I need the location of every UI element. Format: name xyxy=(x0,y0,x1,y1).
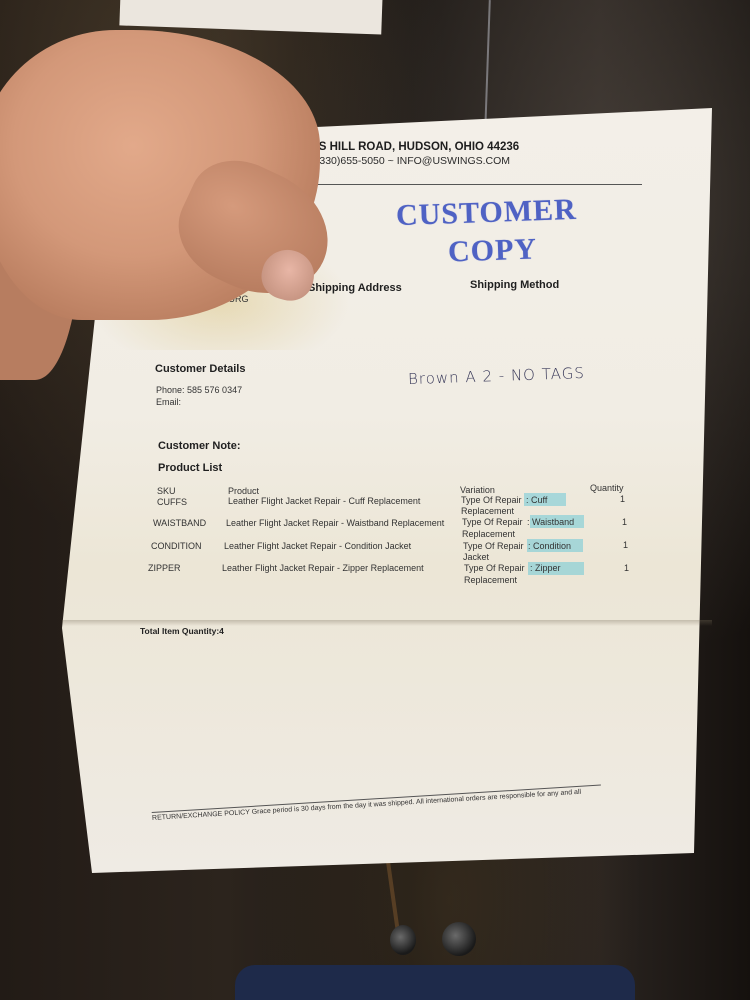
row-variation-value: : Waistband xyxy=(527,517,574,527)
total-item-quantity: Total Item Quantity:4 xyxy=(140,626,224,636)
row-variation-cont: Replacement xyxy=(462,529,515,539)
snap-button xyxy=(390,925,416,955)
row-product: Leather Flight Jacket Repair - Condition… xyxy=(224,541,411,551)
column-sku: SKU xyxy=(157,486,176,496)
row-variation-label: Type Of Repair xyxy=(461,495,522,505)
row-variation-label: Type Of Repair xyxy=(464,563,525,573)
row-quantity: 1 xyxy=(620,494,625,504)
column-quantity: Quantity xyxy=(590,483,624,493)
row-quantity: 1 xyxy=(622,517,627,527)
column-product: Product xyxy=(228,486,259,496)
column-variation: Variation xyxy=(460,485,495,495)
row-variation-value: : Condition xyxy=(528,541,571,551)
row-product: Leather Flight Jacket Repair - Waistband… xyxy=(226,518,444,528)
knit-cuff xyxy=(235,965,635,1000)
customer-details-heading: Customer Details xyxy=(155,363,245,375)
row-variation-value: : Zipper xyxy=(530,563,561,573)
customer-copy-stamp-line1: CUSTOMER xyxy=(395,193,577,233)
row-product: Leather Flight Jacket Repair - Cuff Repl… xyxy=(228,496,420,506)
shipping-address-heading: Shipping Address xyxy=(308,282,402,294)
row-quantity: 1 xyxy=(624,563,629,573)
row-variation-cont: Replacement xyxy=(464,575,517,585)
row-product: Leather Flight Jacket Repair - Zipper Re… xyxy=(222,563,424,573)
row-variation-value: : Cuff xyxy=(526,495,547,505)
customer-copy-stamp-line2: COPY xyxy=(447,232,537,269)
row-sku: CUFFS xyxy=(157,497,187,507)
row-sku: CONDITION xyxy=(151,541,202,551)
customer-phone: Phone: 585 576 0347 xyxy=(156,385,242,395)
row-variation-cont: Jacket xyxy=(463,552,489,562)
row-variation-cont: Replacement xyxy=(461,506,514,516)
row-sku: WAISTBAND xyxy=(153,518,206,528)
product-list-heading: Product List xyxy=(158,462,222,474)
row-variation-label: Type Of Repair xyxy=(462,517,523,527)
row-sku: ZIPPER xyxy=(148,563,181,573)
row-quantity: 1 xyxy=(623,540,628,550)
snap-button xyxy=(442,922,476,956)
shipping-method-heading: Shipping Method xyxy=(470,279,559,291)
customer-note-label: Customer Note: xyxy=(158,440,241,452)
customer-email: Email: xyxy=(156,397,181,407)
row-variation-label: Type Of Repair xyxy=(463,541,524,551)
